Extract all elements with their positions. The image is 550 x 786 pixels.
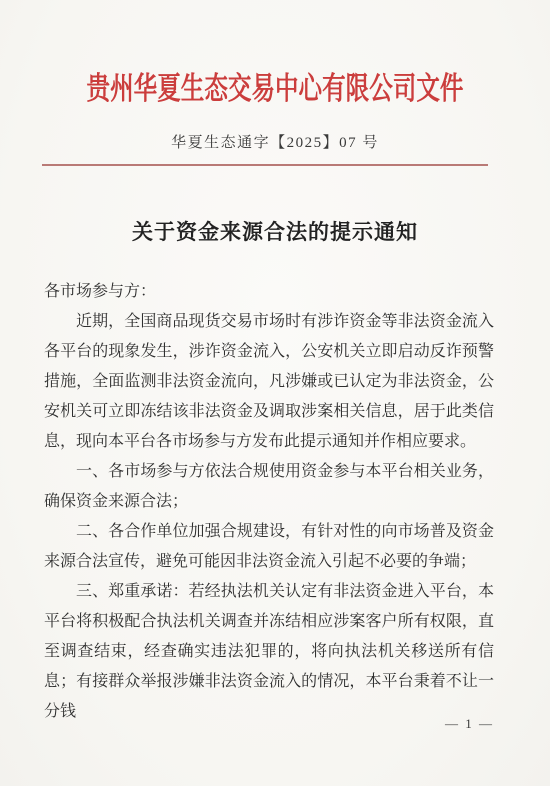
body-paragraph-1: 近期，全国商品现货交易市场时有涉诈资金等非法资金流入各平台的现象发生，涉诈资金流…	[44, 307, 494, 457]
issuing-organization-title: 贵州华夏生态交易中心有限公司文件	[0, 66, 550, 112]
body-paragraph-3: 二、各合作单位加强合规建设，有针对性的向市场普及资金来源合法宣传，避免可能因非法…	[44, 517, 494, 577]
body-paragraph-4: 三、郑重承诺：若经执法机关认定有非法资金进入平台，本平台将积极配合执法机关调查并…	[44, 577, 494, 727]
official-document-page: 贵州华夏生态交易中心有限公司文件 华夏生态通字【2025】07 号 关于资金来源…	[0, 0, 550, 786]
page-number: — 1 —	[445, 716, 494, 732]
document-body: 各市场参与方： 近期，全国商品现货交易市场时有涉诈资金等非法资金流入各平台的现象…	[44, 277, 494, 727]
body-paragraph-2: 一、各市场参与方依法合规使用资金参与本平台相关业务，确保资金来源合法；	[44, 457, 494, 517]
issuing-organization-title-text: 贵州华夏生态交易中心有限公司文件	[87, 66, 464, 112]
salutation: 各市场参与方：	[44, 277, 494, 307]
header-divider-line	[42, 164, 488, 166]
document-reference-number: 华夏生态通字【2025】07 号	[0, 131, 550, 152]
document-title: 关于资金来源合法的提示通知	[0, 216, 550, 246]
